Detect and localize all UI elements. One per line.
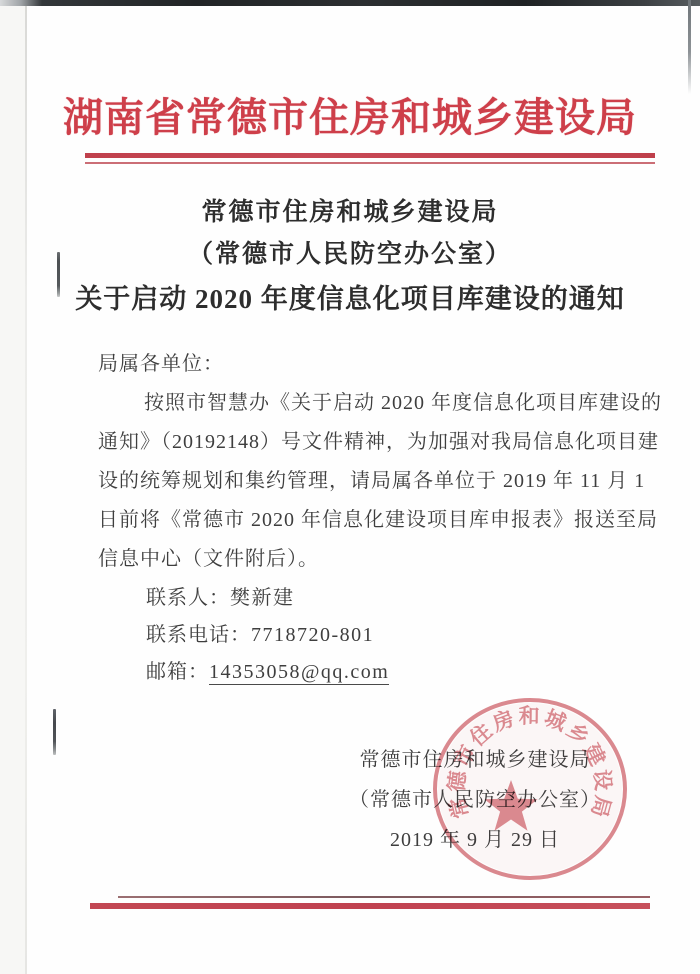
- paragraph-line: 信息中心（文件附后）。: [98, 540, 622, 579]
- letterhead-rule-thick: [85, 153, 655, 158]
- bottom-rule-thin: [118, 896, 650, 898]
- official-seal: 常德市住房和城乡建设局: [428, 696, 632, 884]
- page-left-edge-line: [25, 4, 27, 974]
- contact-email-line: 邮箱：14353058@qq.com: [98, 654, 622, 690]
- contact-phone-label: 联系电话：: [146, 624, 251, 646]
- contact-person-label: 联系人：: [146, 587, 230, 609]
- doc-title-line-2: （常德市人民防空办公室）: [0, 234, 700, 276]
- paragraph-line: 日前将《常德市 2020 年信息化建设项目库申报表》报送至局: [98, 501, 622, 540]
- contact-person-value: 樊新建: [230, 587, 295, 609]
- scan-right-edge: [688, 0, 691, 94]
- contact-phone-value: 7718720-801: [251, 624, 374, 646]
- notice-body: 局属各单位： 按照市智慧办《关于启动 2020 年度信息化项目库建设的 通知》（…: [98, 344, 622, 690]
- scanned-page: 湖南省常德市住房和城乡建设局 常德市住房和城乡建设局 （常德市人民防空办公室） …: [0, 0, 700, 974]
- doc-title-line-3: 关于启动 2020 年度信息化项目库建设的通知: [0, 276, 700, 322]
- contact-email-value: 14353058@qq.com: [209, 661, 389, 685]
- salutation: 局属各单位：: [98, 344, 622, 384]
- letterhead-bureau-name: 湖南省常德市住房和城乡建设局: [0, 86, 700, 143]
- paragraph-line: 设的统筹规划和集约管理，请局属各单位于 2019 年 11 月 1: [98, 462, 622, 501]
- scan-scratch-mark-2: [53, 709, 56, 755]
- document-title: 常德市住房和城乡建设局 （常德市人民防空办公室） 关于启动 2020 年度信息化…: [0, 192, 700, 322]
- contact-email-label: 邮箱：: [146, 661, 209, 683]
- paragraph-line: 通知》（20192148）号文件精神，为加强对我局信息化项目建: [98, 423, 622, 462]
- contact-phone-line: 联系电话：7718720-801: [98, 617, 622, 653]
- paragraph-line: 按照市智慧办《关于启动 2020 年度信息化项目库建设的: [98, 384, 622, 423]
- bottom-rule-thick: [90, 903, 650, 909]
- letterhead-rule-thin: [85, 162, 655, 164]
- contact-person-line: 联系人：樊新建: [98, 580, 622, 616]
- page-left-margin: [0, 0, 25, 974]
- scan-top-edge: [0, 0, 700, 6]
- doc-title-line-1: 常德市住房和城乡建设局: [0, 192, 700, 234]
